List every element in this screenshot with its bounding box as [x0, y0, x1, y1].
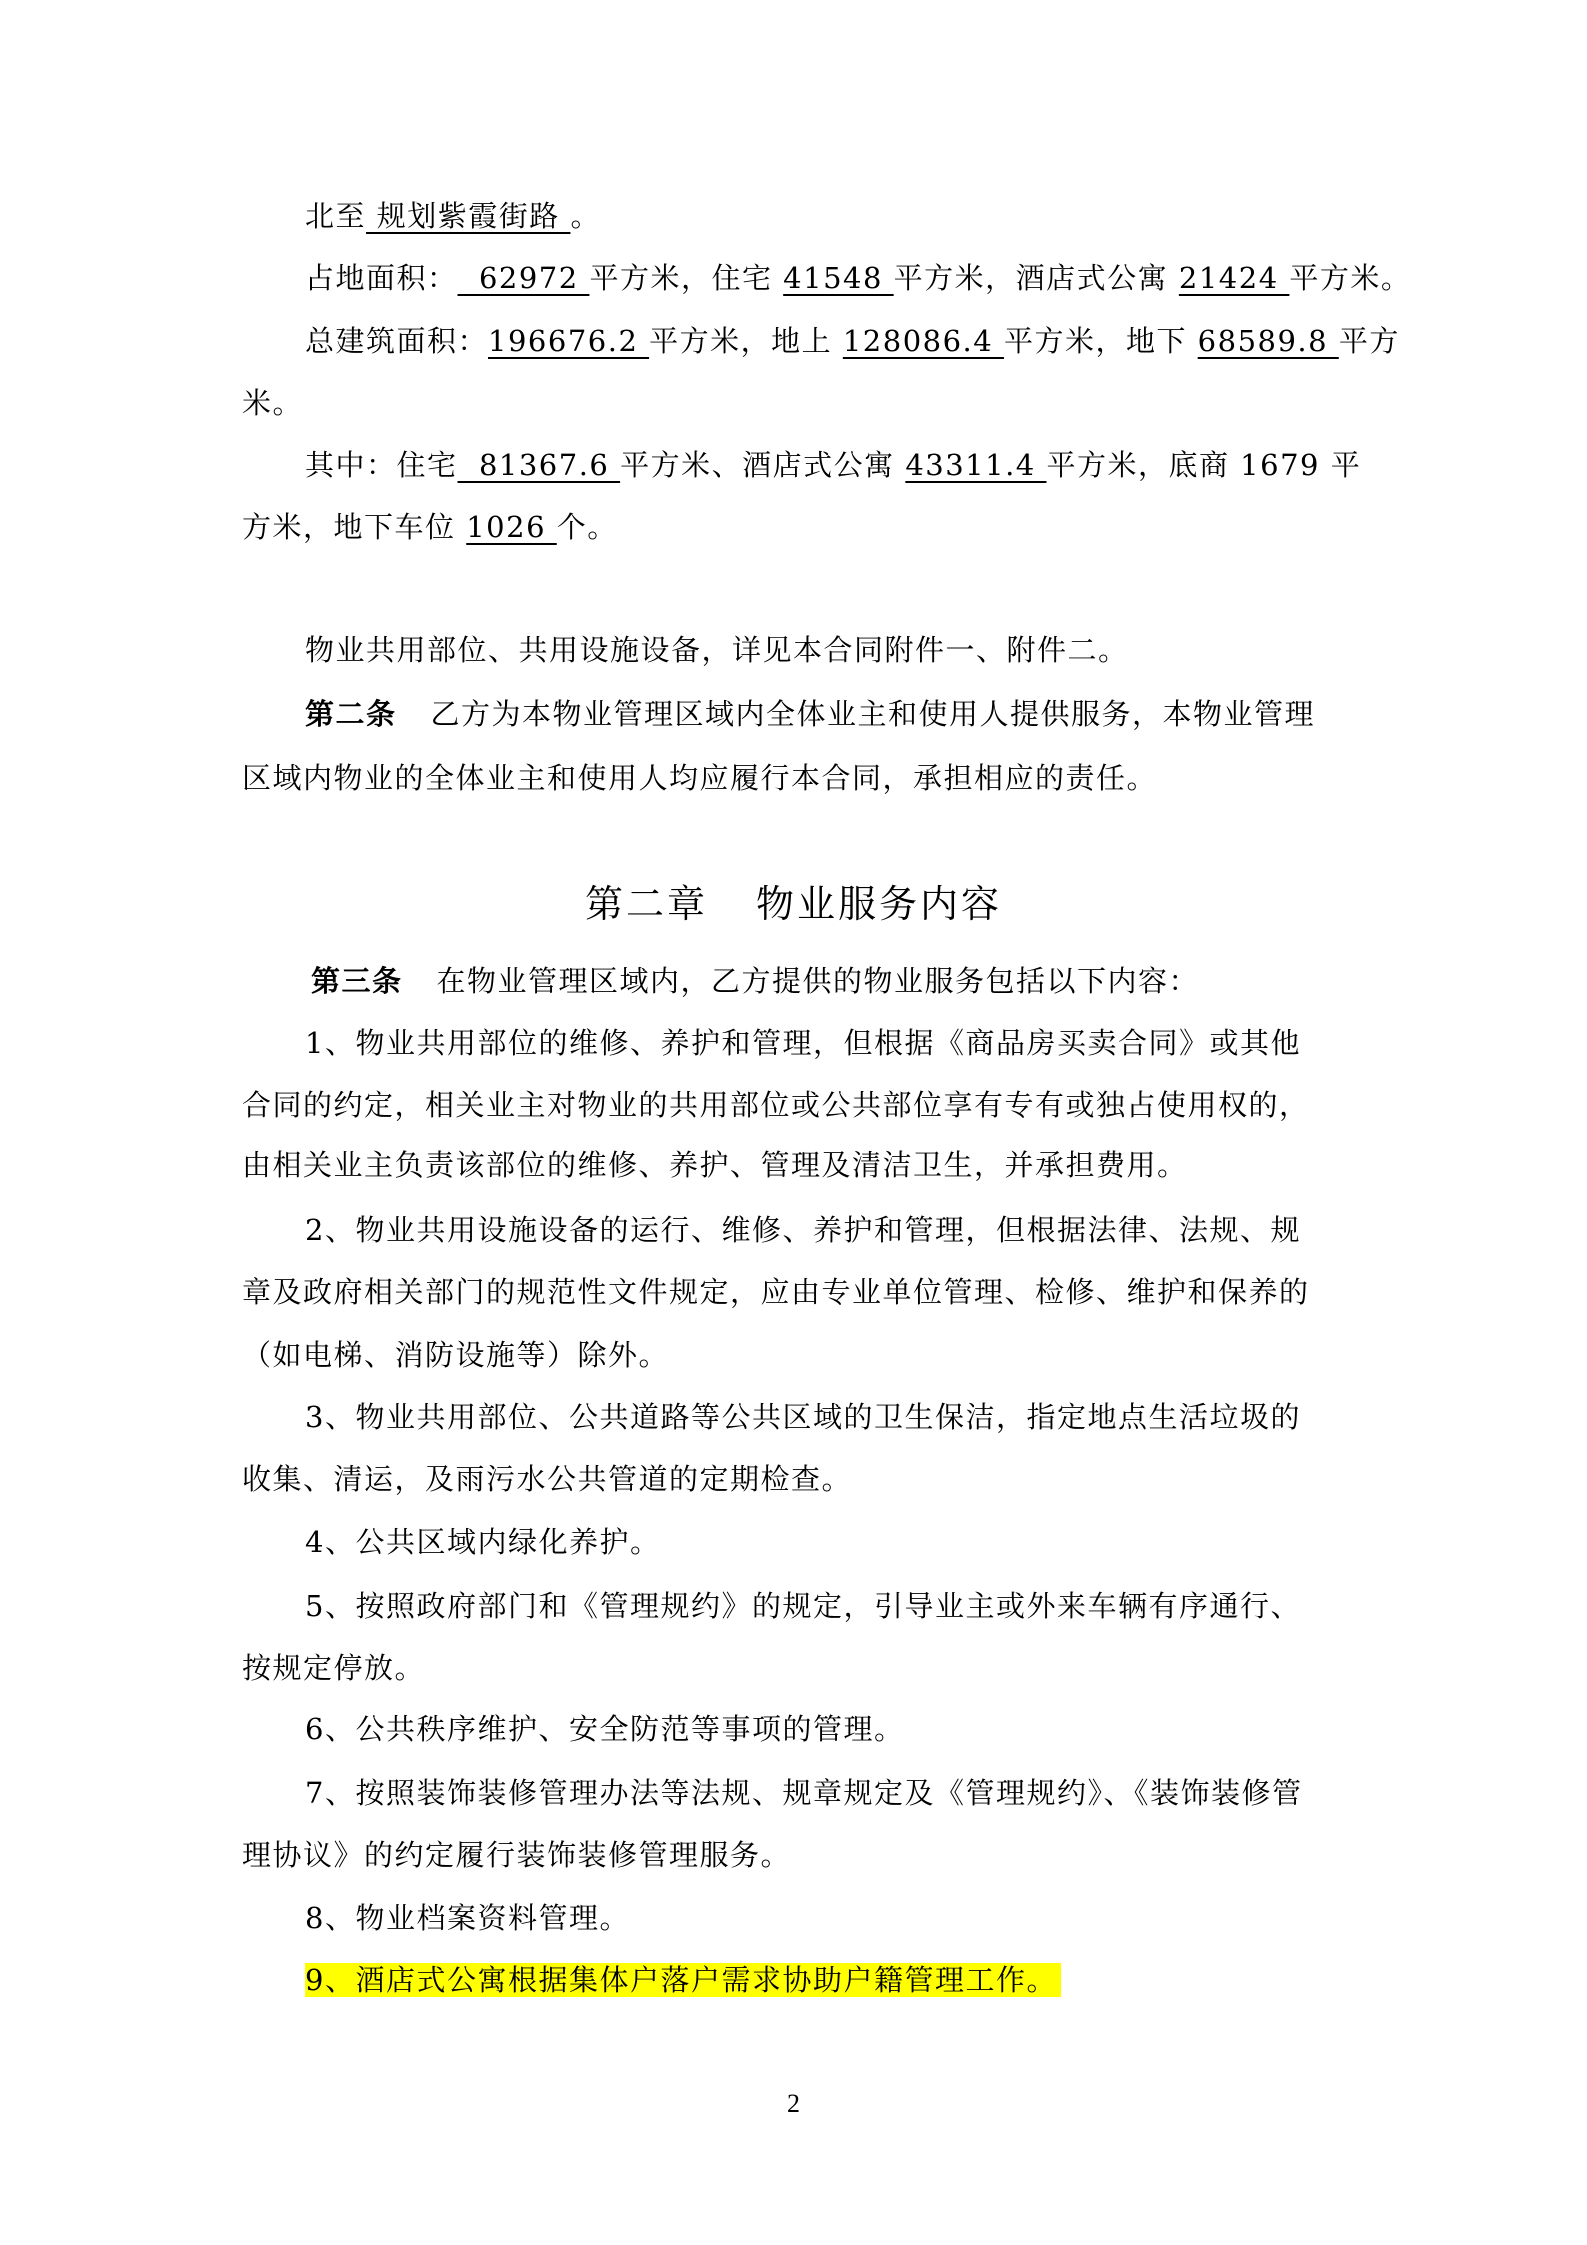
breakdown-line: 其中：住宅 81367.6 平方米、酒店式公寓 43311.4 平方米，底商 1… [305, 434, 1347, 496]
parking-label: 方米，地下车位 [242, 510, 456, 544]
land-area-total: 62972 [458, 261, 590, 295]
chapter-number: 第二章 [585, 882, 708, 926]
building-area-below: 68589.8 [1198, 324, 1339, 358]
chapter-2-heading: 第二章物业服务内容 [0, 872, 1587, 936]
list-item-9: 9、酒店式公寓根据集体户落户需求协助户籍管理工作。 [305, 1949, 1347, 2011]
list-item-7-line-2: 理协议》的约定履行装饰装修管理服务。 [242, 1824, 1347, 1886]
list-item-2-line-2: 章及政府相关部门的规范性文件规定，应由专业单位管理、检修、维护和保养的 [242, 1261, 1347, 1323]
list-item-2-line-3: （如电梯、消防设施等）除外。 [242, 1324, 1347, 1386]
list-item-5-line-2: 按规定停放。 [242, 1637, 1347, 1699]
north-boundary-line: 北至 规划紫霞街路 。 [305, 185, 1347, 247]
building-area-above: 128086.4 [843, 324, 1004, 358]
breakdown-unit1: 平方米、酒店式公寓 [620, 448, 895, 482]
article-3-label: 第三条 [311, 964, 403, 998]
land-area-residential: 41548 [783, 261, 893, 295]
highlighted-text: 9、酒店式公寓根据集体户落户需求协助户籍管理工作。 [305, 1963, 1061, 1997]
chapter-title: 物业服务内容 [756, 882, 1002, 926]
list-item-3-line-2: 收集、清运，及雨污水公共管道的定期检查。 [242, 1448, 1347, 1510]
list-item-6: 6、公共秩序维护、安全防范等事项的管理。 [305, 1698, 1347, 1760]
article-2-line-2: 区域内物业的全体业主和使用人均应履行本合同，承担相应的责任。 [242, 747, 1347, 809]
land-area-label: 占地面积： [305, 261, 458, 295]
list-item-1-line-1: 1、物业共用部位的维修、养护和管理，但根据《商品房买卖合同》或其他 [305, 1012, 1347, 1074]
north-suffix: 。 [570, 199, 601, 233]
list-item-1-line-2: 合同的约定，相关业主对物业的共用部位或公共部位享有专有或独占使用权的， [242, 1074, 1347, 1136]
land-area-hotel: 21424 [1179, 261, 1289, 295]
building-area-line: 总建筑面积：196676.2 平方米，地上 128086.4 平方米，地下 68… [305, 310, 1347, 372]
north-prefix: 北至 [305, 199, 366, 233]
article-2-label: 第二条 [305, 697, 397, 731]
building-area-unit3-cont: 米。 [242, 386, 303, 420]
common-facilities-line: 物业共用部位、共用设施设备，详见本合同附件一、附件二。 [305, 619, 1347, 681]
article-3-intro: 在物业管理区域内，乙方提供的物业服务包括以下内容： [437, 964, 1200, 998]
list-item-5-line-1: 5、按照政府部门和《管理规约》的规定，引导业主或外来车辆有序通行、 [305, 1575, 1347, 1637]
list-item-8: 8、物业档案资料管理。 [305, 1887, 1347, 1949]
north-boundary-value: 规划紫霞街路 [366, 199, 570, 233]
building-area-unit3: 平方 [1339, 324, 1400, 358]
list-item-7-line-1: 7、按照装饰装修管理办法等法规、规章规定及《管理规约》、《装饰装修管 [305, 1762, 1347, 1824]
land-area-unit3: 平方米。 [1289, 261, 1411, 295]
building-area-unit1: 平方米，地上 [649, 324, 832, 358]
land-area-line: 占地面积： 62972 平方米，住宅 41548 平方米，酒店式公寓 21424… [305, 247, 1347, 309]
page-number: 2 [0, 2084, 1587, 2124]
list-item-4: 4、公共区域内绿化养护。 [305, 1511, 1347, 1573]
article-3-line: 第三条在物业管理区域内，乙方提供的物业服务包括以下内容： [311, 950, 1347, 1012]
breakdown-hotel: 43311.4 [905, 448, 1046, 482]
list-item-3-line-1: 3、物业共用部位、公共道路等公共区域的卫生保洁，指定地点生活垃圾的 [305, 1386, 1347, 1448]
breakdown-residential: 81367.6 [458, 448, 621, 482]
building-area-line-2: 米。 [242, 372, 1347, 434]
breakdown-label: 其中：住宅 [305, 448, 458, 482]
land-area-unit2: 平方米，酒店式公寓 [894, 261, 1169, 295]
list-item-2-line-1: 2、物业共用设施设备的运行、维修、养护和管理，但根据法律、法规、规 [305, 1199, 1347, 1261]
parking-count: 1026 [466, 510, 557, 544]
article-2-text: 乙方为本物业管理区域内全体业主和使用人提供服务，本物业管理 [431, 697, 1316, 731]
building-area-label: 总建筑面积： [305, 324, 488, 358]
land-area-unit1: 平方米，住宅 [589, 261, 772, 295]
building-area-total: 196676.2 [488, 324, 649, 358]
breakdown-line-2: 方米，地下车位 1026 个。 [242, 496, 1347, 558]
list-item-1-line-3: 由相关业主负责该部位的维修、养护、管理及清洁卫生，并承担费用。 [242, 1134, 1347, 1196]
article-2-line-1: 第二条乙方为本物业管理区域内全体业主和使用人提供服务，本物业管理 [305, 683, 1347, 745]
breakdown-unit2: 平方米，底商 1679 平 [1046, 448, 1361, 482]
building-area-unit2: 平方米，地下 [1004, 324, 1187, 358]
parking-suffix: 个。 [557, 510, 618, 544]
